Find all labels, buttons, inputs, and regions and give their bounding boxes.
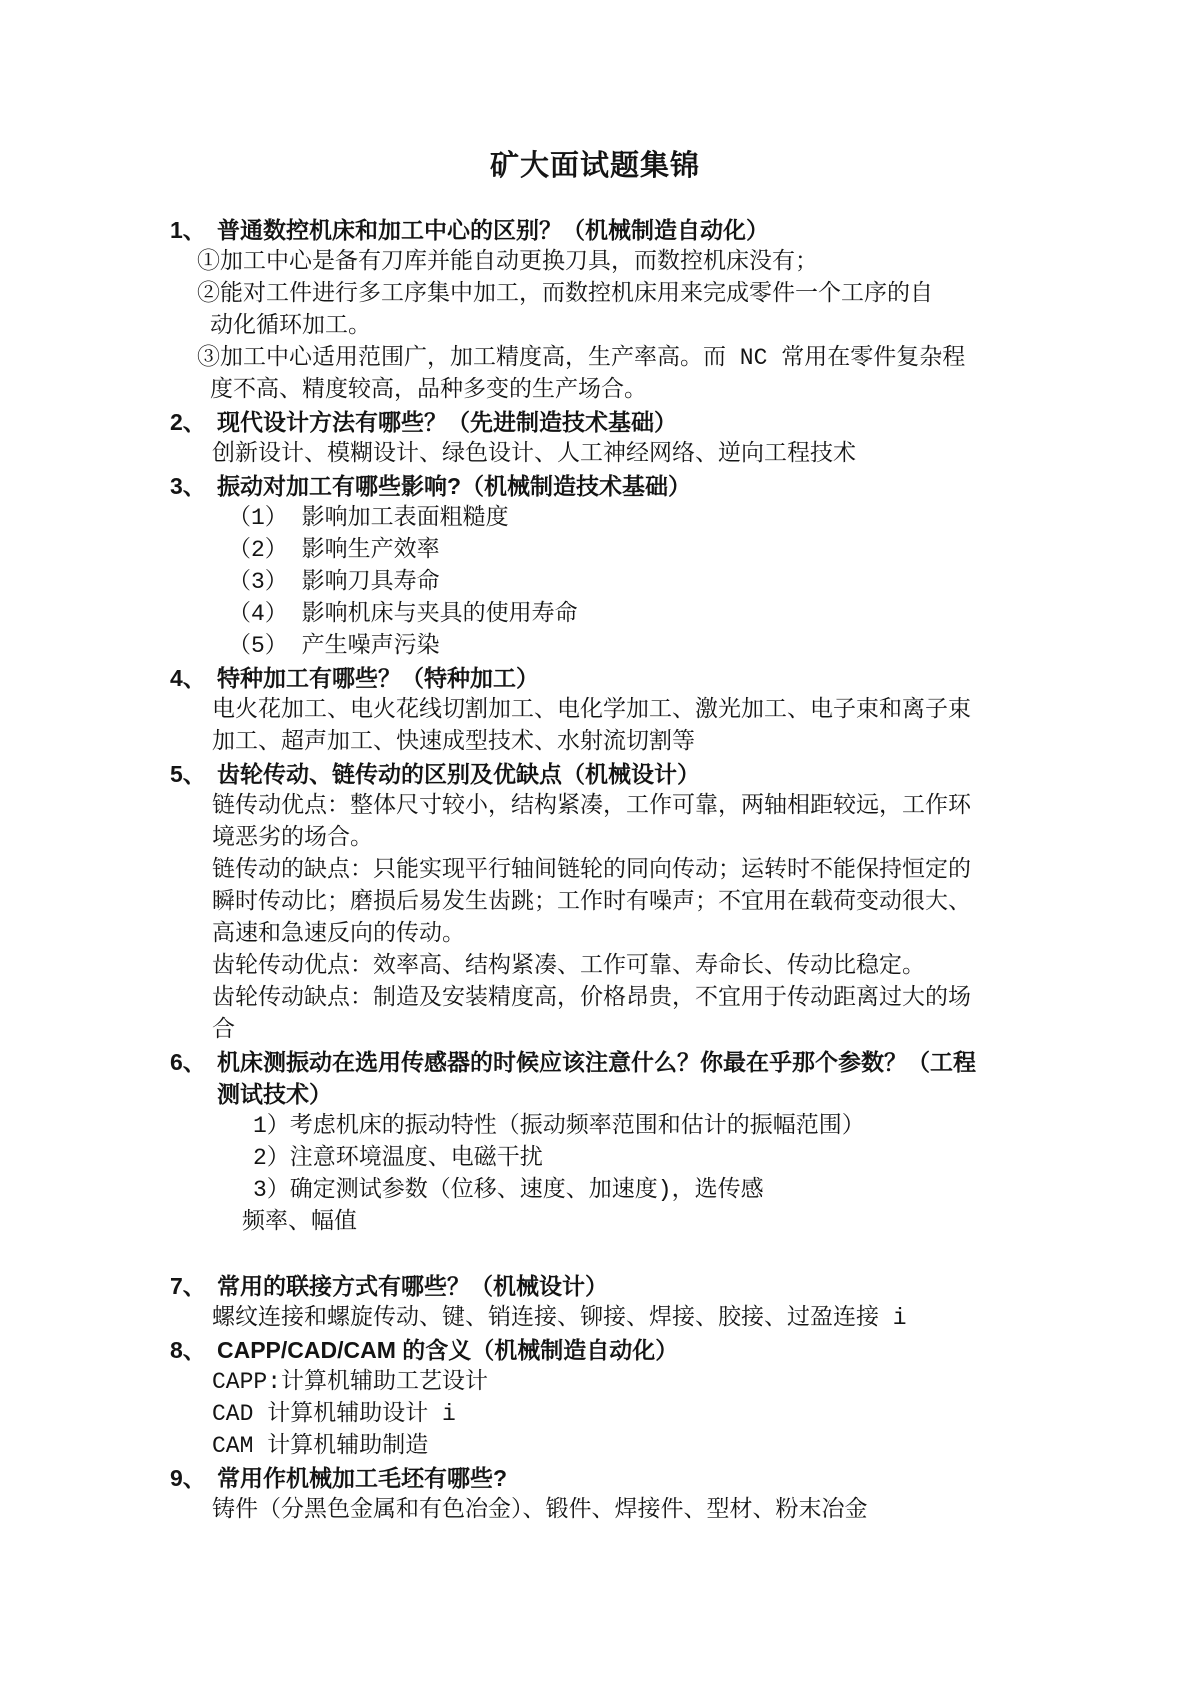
answer-line: CAD 计算机辅助设计 i (212, 1398, 1190, 1430)
question-number: 8、 (170, 1334, 206, 1366)
question-number: 5、 (170, 758, 206, 790)
question-item: 9、常用作机械加工毛坯有哪些?铸件（分黑色金属和有色冶金）、锻件、焊接件、型材、… (0, 1462, 1190, 1526)
answer-line: （1） 影响加工表面粗糙度 (228, 502, 1190, 534)
question-heading: 普通数控机床和加工中心的区别？（机械制造自动化） (217, 214, 992, 246)
question-item: 7、常用的联接方式有哪些？（机械设计）螺纹连接和螺旋传动、键、销连接、铆接、焊接… (0, 1270, 1190, 1334)
document-page: 矿大面试题集锦 1、普通数控机床和加工中心的区别？（机械制造自动化）①加工中心是… (0, 0, 1190, 1683)
answer-line: 2）注意环境温度、电磁干扰 (253, 1142, 1190, 1174)
question-number: 4、 (170, 662, 206, 694)
question-heading: 齿轮传动、链传动的区别及优缺点（机械设计） (217, 758, 992, 790)
question-heading: 机床测振动在选用传感器的时候应该注意什么？你最在乎那个参数？（工程测试技术） (217, 1046, 992, 1110)
answer-line: 3）确定测试参数（位移、速度、加速度)，选传感 (253, 1174, 1190, 1206)
question-number: 3、 (170, 470, 206, 502)
answer-line: 链传动优点：整体尺寸较小，结构紧凑，工作可靠，两轴相距较远，工作环 (212, 790, 1190, 822)
answer-line: 铸件（分黑色金属和有色冶金）、锻件、焊接件、型材、粉末冶金 (212, 1494, 1190, 1526)
answer-line: CAM 计算机辅助制造 (212, 1430, 1190, 1462)
answer-line: CAPP:计算机辅助工艺设计 (212, 1366, 1190, 1398)
answer-line: 电火花加工、电火花线切割加工、电化学加工、激光加工、电子束和离子束 (212, 694, 1190, 726)
answer-line: 频率、幅值 (242, 1206, 1190, 1238)
answer-line: 加工、超声加工、快速成型技术、水射流切割等 (212, 726, 1190, 758)
question-item: 3、振动对加工有哪些影响?（机械制造技术基础）（1） 影响加工表面粗糙度（2） … (0, 470, 1190, 662)
question-item: 2、现代设计方法有哪些？（先进制造技术基础）创新设计、模糊设计、绿色设计、人工神… (0, 406, 1190, 470)
question-number: 9、 (170, 1462, 206, 1494)
question-heading: 振动对加工有哪些影响?（机械制造技术基础） (217, 470, 992, 502)
answer-line: 创新设计、模糊设计、绿色设计、人工神经网络、逆向工程技术 (212, 438, 1190, 470)
answer-line: 链传动的缺点：只能实现平行轴间链轮的同向传动；运转时不能保持恒定的 (212, 854, 1190, 886)
answer-line: （5） 产生噪声污染 (228, 630, 1190, 662)
question-list: 1、普通数控机床和加工中心的区别？（机械制造自动化）①加工中心是备有刀库并能自动… (0, 214, 1190, 1526)
answer-line: 1）考虑机床的振动特性（振动频率范围和估计的振幅范围） (253, 1110, 1190, 1142)
question-item: 4、特种加工有哪些？（特种加工）电火花加工、电火花线切割加工、电化学加工、激光加… (0, 662, 1190, 758)
document-title: 矿大面试题集锦 (0, 0, 1190, 186)
answer-line: ①加工中心是备有刀库并能自动更换刀具，而数控机床没有； (197, 246, 1190, 278)
question-item: 8、CAPP/CAD/CAM 的含义（机械制造自动化）CAPP:计算机辅助工艺设… (0, 1334, 1190, 1462)
question-heading: 特种加工有哪些？（特种加工） (217, 662, 992, 694)
question-item: 1、普通数控机床和加工中心的区别？（机械制造自动化）①加工中心是备有刀库并能自动… (0, 214, 1190, 406)
question-number: 6、 (170, 1046, 206, 1078)
answer-line: ③加工中心适用范围广，加工精度高，生产率高。而 NC 常用在零件复杂程 (197, 342, 1190, 374)
answer-line: 齿轮传动缺点：制造及安装精度高，价格昂贵，不宜用于传动距离过大的场 (212, 982, 1190, 1014)
answer-line: 齿轮传动优点：效率高、结构紧凑、工作可靠、寿命长、传动比稳定。 (212, 950, 1190, 982)
answer-line: 螺纹连接和螺旋传动、键、销连接、铆接、焊接、胶接、过盈连接 i (212, 1302, 1190, 1334)
answer-line: （3） 影响刀具寿命 (228, 566, 1190, 598)
answer-line: 合 (212, 1014, 1190, 1046)
question-number: 1、 (170, 214, 206, 246)
question-item: 6、机床测振动在选用传感器的时候应该注意什么？你最在乎那个参数？（工程测试技术）… (0, 1046, 1190, 1238)
answer-line: 动化循环加工。 (210, 310, 1190, 342)
question-heading: 现代设计方法有哪些？（先进制造技术基础） (217, 406, 992, 438)
question-number: 2、 (170, 406, 206, 438)
answer-line: 境恶劣的场合。 (212, 822, 1190, 854)
question-number: 7、 (170, 1270, 206, 1302)
question-item: 5、齿轮传动、链传动的区别及优缺点（机械设计）链传动优点：整体尺寸较小，结构紧凑… (0, 758, 1190, 1046)
question-heading: CAPP/CAD/CAM 的含义（机械制造自动化） (217, 1334, 992, 1366)
answer-line: （2） 影响生产效率 (228, 534, 1190, 566)
answer-line: （4） 影响机床与夹具的使用寿命 (228, 598, 1190, 630)
question-heading: 常用的联接方式有哪些？（机械设计） (217, 1270, 992, 1302)
answer-line: ②能对工件进行多工序集中加工，而数控机床用来完成零件一个工序的自 (197, 278, 1190, 310)
answer-line: 瞬时传动比；磨损后易发生齿跳；工作时有噪声；不宜用在载荷变动很大、 (212, 886, 1190, 918)
question-heading: 常用作机械加工毛坯有哪些? (217, 1462, 992, 1494)
answer-line: 度不高、精度较高，品种多变的生产场合。 (210, 374, 1190, 406)
answer-line: 高速和急速反向的传动。 (212, 918, 1190, 950)
